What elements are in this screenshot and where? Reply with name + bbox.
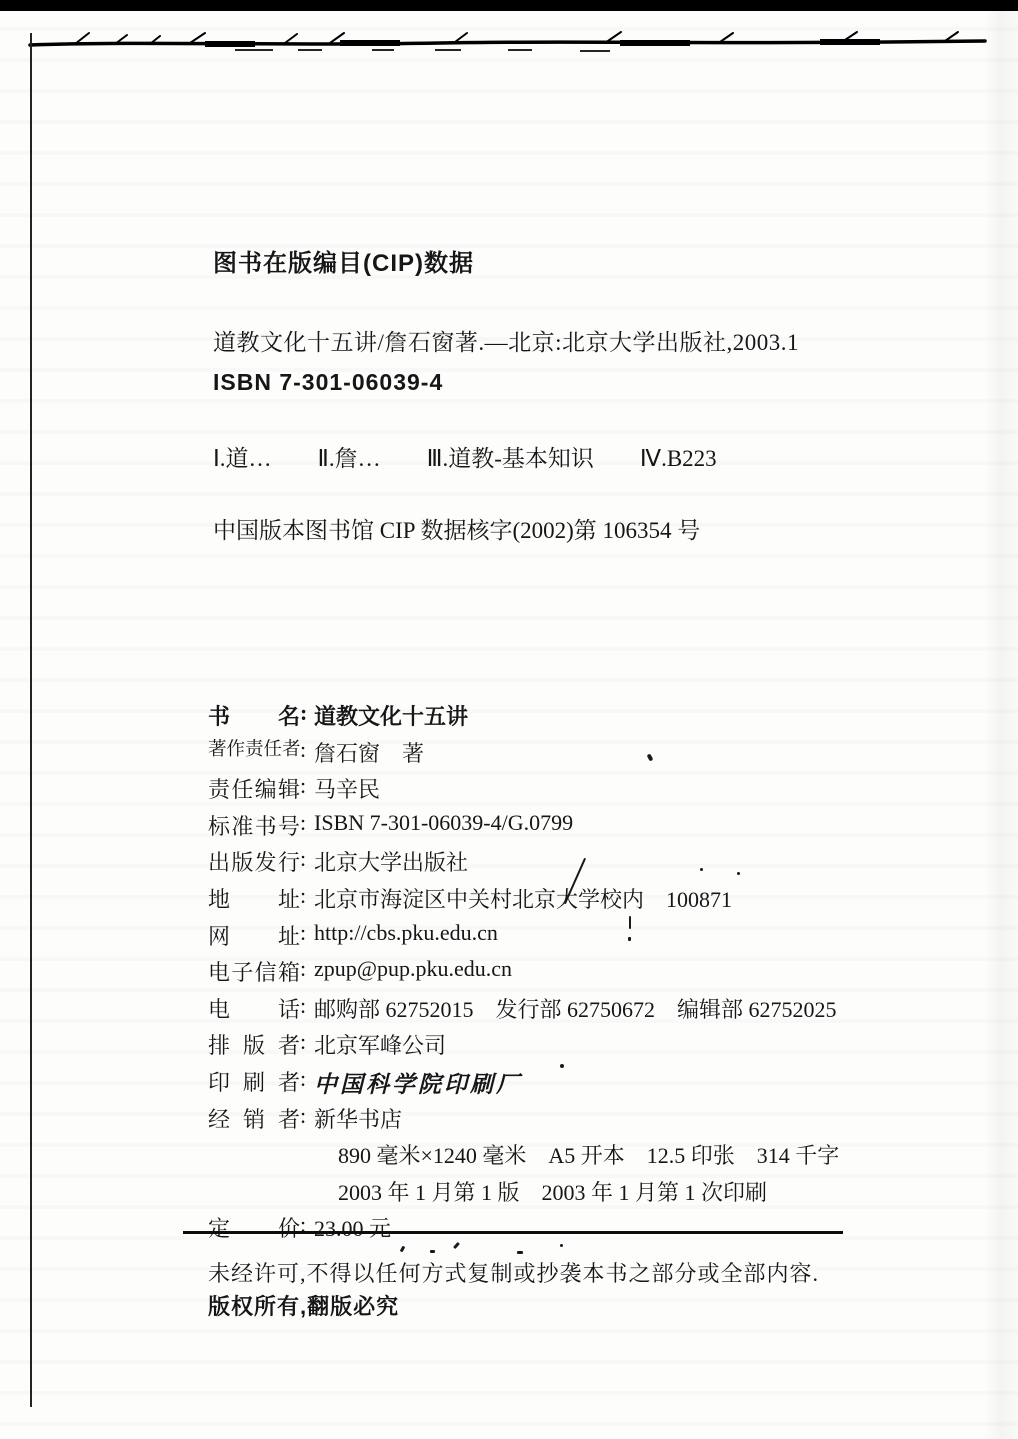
scan-artifact	[700, 868, 703, 871]
field-value: 2003 年 1 月第 1 版 2003 年 1 月第 1 次印刷	[208, 1176, 767, 1207]
field-value: zpup@pup.pku.edu.cn	[314, 956, 512, 982]
field-value: 北京市海淀区中关村北京大学校内 100871	[314, 883, 732, 914]
field-label: 著作责任者	[208, 737, 300, 763]
colophon-block: 书名:道教文化十五讲 著作责任者:詹石窗 著 责任编辑:马辛民 标准书号:ISB…	[208, 700, 839, 1249]
field-label: 电子信箱	[208, 956, 300, 987]
scan-fold-line	[30, 33, 32, 1407]
field-value: 北京军峰公司	[314, 1029, 446, 1060]
field-label: 印刷者	[208, 1066, 300, 1097]
scan-artifact	[560, 1064, 564, 1068]
field-value: http://cbs.pku.edu.cn	[314, 920, 498, 946]
scan-artifact	[737, 872, 740, 875]
scan-artifact	[629, 916, 631, 929]
label-colon: :	[300, 1066, 314, 1092]
scan-artifact	[560, 1244, 563, 1247]
label-colon: :	[300, 1103, 314, 1129]
colophon-row-email: 电子信箱:zpup@pup.pku.edu.cn	[208, 956, 839, 993]
colophon-row-phone: 电话:邮购部 62752015 发行部 62750672 编辑部 6275202…	[208, 993, 839, 1030]
field-label: 电话	[208, 993, 300, 1024]
colophon-row-website: 网址:http://cbs.pku.edu.cn	[208, 920, 839, 957]
field-value: 890 毫米×1240 毫米 A5 开本 12.5 印张 314 千字	[208, 1139, 839, 1170]
field-value: 北京大学出版社	[314, 846, 468, 877]
label-colon: :	[300, 920, 314, 946]
cip-record-line: 中国版本图书馆 CIP 数据核字(2002)第 106354 号	[213, 512, 700, 545]
colophon-row-title: 书名:道教文化十五讲	[208, 700, 839, 737]
label-colon: :	[300, 993, 314, 1019]
colophon-row-edition: 2003 年 1 月第 1 版 2003 年 1 月第 1 次印刷	[208, 1176, 839, 1213]
scan-edge-bar	[0, 0, 1018, 11]
field-label: 责任编辑	[208, 773, 300, 804]
field-label: 经销者	[208, 1103, 300, 1134]
field-value: 邮购部 62752015 发行部 62750672 编辑部 62752025	[314, 993, 837, 1024]
field-label: 排版者	[208, 1029, 300, 1060]
label-colon: :	[300, 883, 314, 909]
field-label: 网址	[208, 920, 300, 951]
colophon-row-editor: 责任编辑:马辛民	[208, 773, 839, 810]
all-rights-reserved-line: 版权所有,翻版必究	[208, 1290, 399, 1321]
colophon-row-address: 地址:北京市海淀区中关村北京大学校内 100871	[208, 883, 839, 920]
field-value: 23.00 元	[314, 1212, 391, 1243]
cip-isbn-line: ISBN 7-301-06039-4	[213, 369, 443, 396]
colophon-row-printer: 印刷者:中国科学院印刷厂	[208, 1066, 839, 1103]
scan-artifact	[628, 937, 631, 941]
scan-artifact-line	[20, 30, 1005, 58]
label-colon: :	[300, 700, 314, 726]
field-value: 新华书店	[314, 1103, 402, 1134]
colophon-row-distributor: 经销者:新华书店	[208, 1103, 839, 1140]
label-colon: :	[300, 846, 314, 872]
field-value: 道教文化十五讲	[314, 700, 468, 731]
field-label: 地址	[208, 883, 300, 914]
cip-classification-line: Ⅰ.道… Ⅱ.詹… Ⅲ.道教-基本知识 Ⅳ.B223	[213, 440, 717, 473]
colophon-row-isbn: 标准书号:ISBN 7-301-06039-4/G.0799	[208, 810, 839, 847]
label-colon: :	[300, 773, 314, 799]
cip-title-line: 道教文化十五讲/詹石窗著.—北京:北京大学出版社,2003.1	[213, 324, 799, 357]
scan-artifact	[517, 1251, 523, 1254]
colophon-row-author: 著作责任者:詹石窗 著	[208, 737, 839, 774]
colophon-row-publisher: 出版发行:北京大学出版社	[208, 846, 839, 883]
colophon-row-format: 890 毫米×1240 毫米 A5 开本 12.5 印张 314 千字	[208, 1139, 839, 1176]
field-label: 标准书号	[208, 810, 300, 841]
label-colon: :	[300, 810, 314, 836]
field-value: 中国科学院印刷厂	[314, 1066, 522, 1099]
label-colon: :	[300, 1212, 314, 1238]
field-label: 定价	[208, 1212, 300, 1243]
field-value: 詹石窗 著	[314, 737, 424, 768]
copyright-notice-line: 未经许可,不得以任何方式复制或抄袭本书之部分或全部内容.	[208, 1257, 819, 1288]
label-colon: :	[300, 737, 314, 763]
field-label: 出版发行	[208, 846, 300, 877]
field-label: 书名	[208, 700, 300, 731]
colophon-row-typesetter: 排版者:北京军峰公司	[208, 1029, 839, 1066]
divider-rule	[183, 1231, 843, 1234]
field-value: 马辛民	[314, 773, 380, 804]
label-colon: :	[300, 1029, 314, 1055]
label-colon: :	[300, 956, 314, 982]
field-value: ISBN 7-301-06039-4/G.0799	[314, 810, 573, 836]
cip-header: 图书在版编目(CIP)数据	[213, 243, 474, 278]
scanned-book-page: 图书在版编目(CIP)数据 道教文化十五讲/詹石窗著.—北京:北京大学出版社,2…	[0, 0, 1018, 1439]
scan-artifact	[430, 1250, 435, 1253]
